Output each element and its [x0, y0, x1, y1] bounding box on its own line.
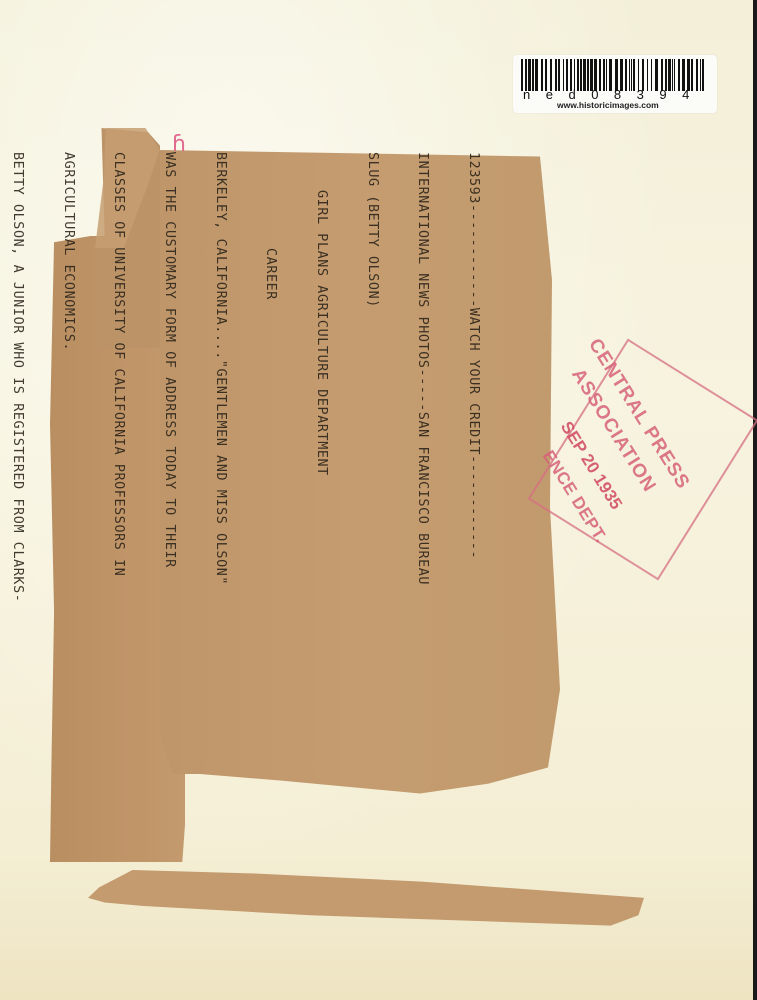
typed-caption: 123593------------WATCH YOUR CREDIT-----…: [0, 152, 515, 812]
caption-body-line: CLASSES OF UNIVERSITY OF CALIFORNIA PROF…: [109, 152, 126, 812]
caption-line-slug-number: 123593------------WATCH YOUR CREDIT-----…: [464, 152, 481, 812]
caption-headline-1: GIRL PLANS AGRICULTURE DEPARTMENT: [312, 152, 329, 812]
caption-line-slug: SLUG (BETTY OLSON): [363, 152, 380, 812]
caption-line-agency: INTERNATIONAL NEWS PHOTOS-----SAN FRANCI…: [414, 152, 431, 812]
barcode-label: ned08394 www.historicimages.com: [513, 55, 717, 113]
caption-body-line: WAS THE CUSTOMARY FORM OF ADDRESS TODAY …: [160, 152, 177, 812]
faint-bleed-through-text: [270, 30, 440, 38]
caption-headline-2: CAREER: [261, 152, 278, 812]
caption-body-line: BETTY OLSON, A JUNIOR WHO IS REGISTERED …: [8, 152, 25, 812]
caption-body-line: AGRICULTURAL ECONOMICS.: [59, 152, 76, 812]
barcode-website: www.historicimages.com: [557, 100, 659, 110]
scan-edge: [753, 0, 757, 1000]
caption-body-line: BERKELEY, CALIFORNIA...."GENTLEMEN AND M…: [211, 152, 228, 812]
